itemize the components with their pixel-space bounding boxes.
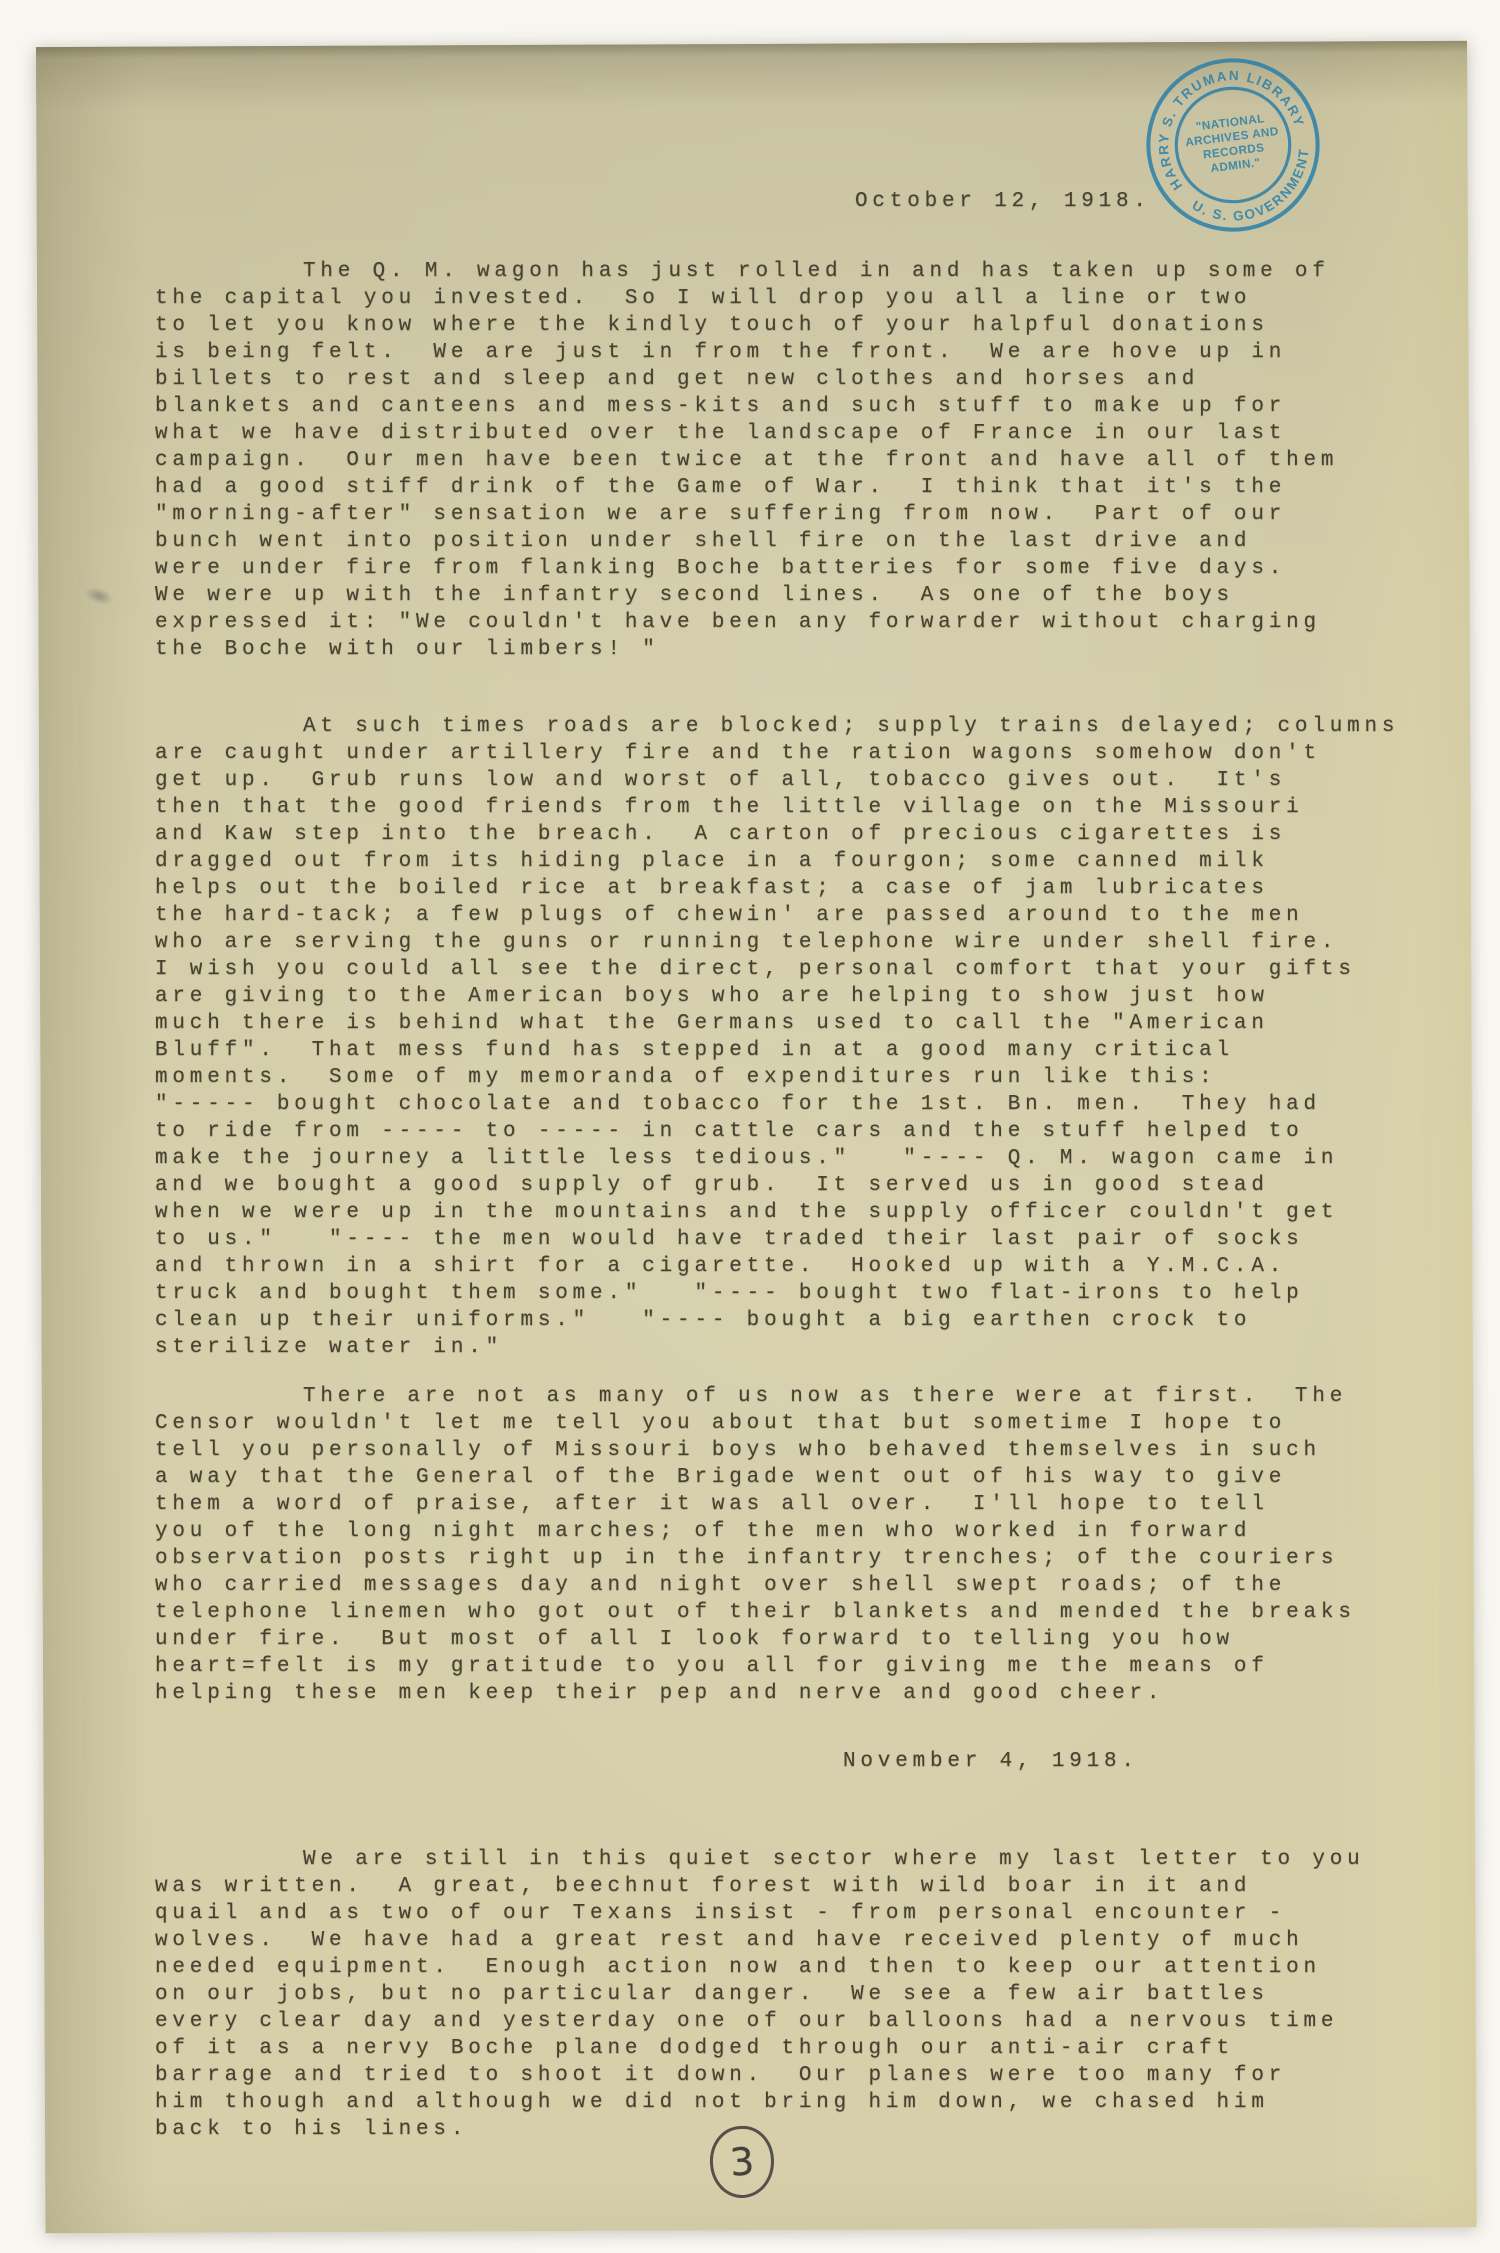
- letter-line: observation posts right up in the infant…: [155, 1545, 1435, 1572]
- letter-line: the Boche with our limbers! ": [155, 636, 1435, 663]
- letter-line: him though and although we did not bring…: [155, 2089, 1435, 2116]
- letter-line: billets to rest and sleep and get new cl…: [155, 366, 1435, 393]
- letter-line: telephone linemen who got out of their b…: [155, 1599, 1435, 1626]
- letter-line: At such times roads are blocked; supply …: [155, 713, 1435, 740]
- letter-line: and Kaw step into the breach. A carton o…: [155, 821, 1435, 848]
- letter-line: campaign. Our men have been twice at the…: [155, 447, 1435, 474]
- letter-line: and thrown in a shirt for a cigarette. H…: [155, 1253, 1435, 1280]
- letter-line: what we have distributed over the landsc…: [155, 420, 1435, 447]
- letter-line: you of the long night marches; of the me…: [155, 1518, 1435, 1545]
- date-line: November 4, 1918.: [843, 1748, 1435, 1775]
- letter-line: sterilize water in.": [155, 1334, 1435, 1361]
- letter-line: heart=felt is my gratitude to you all fo…: [155, 1653, 1435, 1680]
- letter-line: clean up their uniforms." "---- bought a…: [155, 1307, 1435, 1334]
- letter-line: We were up with the infantry second line…: [155, 582, 1435, 609]
- letter-line: had a good stiff drink of the Game of Wa…: [155, 474, 1435, 501]
- letter-line: them a word of praise, after it was all …: [155, 1491, 1435, 1518]
- letter-line: on our jobs, but no particular danger. W…: [155, 1981, 1435, 2008]
- letter-line: moments. Some of my memoranda of expendi…: [155, 1064, 1435, 1091]
- letter-line: when we were up in the mountains and the…: [155, 1199, 1435, 1226]
- letter-line: get up. Grub runs low and worst of all, …: [155, 767, 1435, 794]
- letter-line: who are serving the guns or running tele…: [155, 929, 1435, 956]
- letter-line: "----- bought chocolate and tobacco for …: [155, 1091, 1435, 1118]
- letter-line: to ride from ----- to ----- in cattle ca…: [155, 1118, 1435, 1145]
- letter-line: of it as a nervy Boche plane dodged thro…: [155, 2035, 1435, 2062]
- paragraph: We are still in this quiet sector where …: [155, 1846, 1435, 2143]
- letter-line: the capital you invested. So I will drop…: [155, 285, 1435, 312]
- letter-line: a way that the General of the Brigade we…: [155, 1464, 1435, 1491]
- letter-line: are caught under artillery fire and the …: [155, 740, 1435, 767]
- letter-line: expressed it: "We couldn't have been any…: [155, 609, 1435, 636]
- date-line: October 12, 1918.: [855, 188, 1435, 215]
- letter-line: the hard-tack; a few plugs of chewin' ar…: [155, 902, 1435, 929]
- letter-line: make the journey a little less tedious."…: [155, 1145, 1435, 1172]
- letter-line: were under fire from flanking Boche batt…: [155, 555, 1435, 582]
- letter-line: "morning-after" sensation we are sufferi…: [155, 501, 1435, 528]
- letter-line: Bluff". That mess fund has stepped in at…: [155, 1037, 1435, 1064]
- letter-line: much there is behind what the Germans us…: [155, 1010, 1435, 1037]
- letter-line: barrage and tried to shoot it down. Our …: [155, 2062, 1435, 2089]
- letter-line: needed equipment. Enough action now and …: [155, 1954, 1435, 1981]
- letter-line: to us." "---- the men would have traded …: [155, 1226, 1435, 1253]
- letter-line: The Q. M. wagon has just rolled in and h…: [155, 258, 1435, 285]
- letter-line: back to his lines.: [155, 2116, 1435, 2143]
- letter-line: bunch went into position under shell fir…: [155, 528, 1435, 555]
- letter-line: to let you know where the kindly touch o…: [155, 312, 1435, 339]
- paragraph: The Q. M. wagon has just rolled in and h…: [155, 258, 1435, 663]
- letter-line: then that the good friends from the litt…: [155, 794, 1435, 821]
- letter-line: under fire. But most of all I look forwa…: [155, 1626, 1435, 1653]
- letter-line: was written. A great, beechnut forest wi…: [155, 1873, 1435, 1900]
- letter-line: I wish you could all see the direct, per…: [155, 956, 1435, 983]
- scan-background: { "colors": { "paper": "#d3cda9", "ink":…: [0, 0, 1500, 2253]
- letter-line: and we bought a good supply of grub. It …: [155, 1172, 1435, 1199]
- letter-line: truck and bought them some." "---- bough…: [155, 1280, 1435, 1307]
- letter-line: We are still in this quiet sector where …: [155, 1846, 1435, 1873]
- letter-line: wolves. We have had a great rest and hav…: [155, 1927, 1435, 1954]
- letter-line: blankets and canteens and mess-kits and …: [155, 393, 1435, 420]
- letter-line: helping these men keep their pep and ner…: [155, 1680, 1435, 1707]
- letter-line: helps out the boiled rice at breakfast; …: [155, 875, 1435, 902]
- paragraph: At such times roads are blocked; supply …: [155, 713, 1435, 1361]
- letter-body: October 12, 1918.The Q. M. wagon has jus…: [155, 188, 1435, 2143]
- letter-line: are giving to the American boys who are …: [155, 983, 1435, 1010]
- letter-line: tell you personally of Missouri boys who…: [155, 1437, 1435, 1464]
- letter-line: quail and as two of our Texans insist - …: [155, 1900, 1435, 1927]
- letter-line: every clear day and yesterday one of our…: [155, 2008, 1435, 2035]
- letter-line: is being felt. We are just in from the f…: [155, 339, 1435, 366]
- letter-line: Censor wouldn't let me tell you about th…: [155, 1410, 1435, 1437]
- letter-line: There are not as many of us now as there…: [155, 1383, 1435, 1410]
- letter-line: dragged out from its hiding place in a f…: [155, 848, 1435, 875]
- letter-line: who carried messages day and night over …: [155, 1572, 1435, 1599]
- paragraph: There are not as many of us now as there…: [155, 1383, 1435, 1707]
